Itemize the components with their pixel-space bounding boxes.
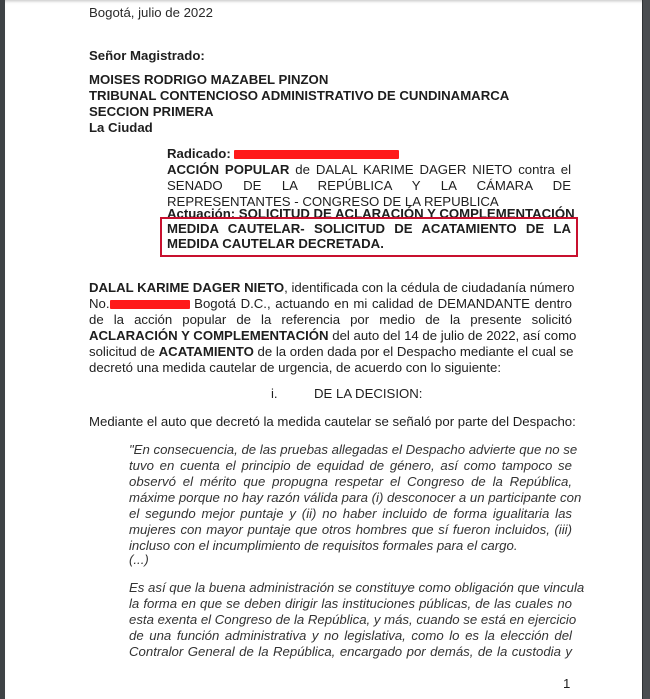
quote2-line: Es así que la buena administración se co… <box>129 580 572 596</box>
accion-text-1: de DALAL KARIME DAGER NIETO contra el <box>289 162 571 177</box>
accion-label: ACCIÓN POPULAR <box>167 162 289 177</box>
lead-sentence: Mediante el auto que decretó la medida c… <box>89 414 576 430</box>
quote1-line: incluso con el incumplimiento de requisi… <box>129 538 518 554</box>
intro-text-4: del auto del 14 de julio de 2022, así co… <box>329 328 577 343</box>
intro-line-6: decretó una medida cautelar de urgencia,… <box>89 360 501 376</box>
radicado-line: Radicado: <box>167 146 399 162</box>
document-page: Bogotá, julio de 2022 Señor Magistrado: … <box>5 0 643 699</box>
intro-line-5: solicitud de ACATAMIENTO de la orden dad… <box>89 344 572 360</box>
quote1-line: máxime porque no hay razón válida para (… <box>129 490 572 506</box>
aclaracion-bold: ACLARACIÓN Y COMPLEMENTACIÓN <box>89 328 329 343</box>
intro-line-1: DALAL KARIME DAGER NIETO, identificada c… <box>89 280 572 296</box>
section-number: i. <box>271 386 278 402</box>
section-title: DE LA DECISION: <box>314 386 422 402</box>
addressee-section: SECCION PRIMERA <box>89 104 214 120</box>
radicado-label: Radicado: <box>167 146 231 161</box>
intro-line-2: No. Bogotá D.C., actuando en mi calidad … <box>89 296 572 312</box>
quote1-line: tuvo en cuenta el principio de equidad d… <box>129 458 572 474</box>
acatamiento-bold: ACATAMIENTO <box>159 344 254 359</box>
addressee-name: MOISES RODRIGO MAZABEL PINZON <box>89 72 328 88</box>
cedula-prefix: No. <box>89 296 110 311</box>
salutation: Señor Magistrado: <box>89 48 205 64</box>
cedula-redaction <box>110 300 190 309</box>
quote2-line: esta exenta el Congreso de la República,… <box>129 612 572 628</box>
accion-line-2: SENADO DE LA REPÚBLICA Y LA CÁMARA DE <box>167 178 571 194</box>
page-number: 1 <box>563 676 570 692</box>
ellipsis: (...) <box>129 552 149 568</box>
intro-line-3: de la acción popular de la referencia po… <box>89 312 572 328</box>
intro-line-4: ACLARACIÓN Y COMPLEMENTACIÓN del auto de… <box>89 328 572 344</box>
intro-text-5a: solicitud de <box>89 344 159 359</box>
quote2-line: Contralor General de la República, encar… <box>129 644 572 660</box>
accion-line-1: ACCIÓN POPULAR de DALAL KARIME DAGER NIE… <box>167 162 571 178</box>
quote2-line: de una función administrativa y no legis… <box>129 628 572 644</box>
quote1-line: observó el mérito que propugna respetar … <box>129 474 572 490</box>
plaintiff-name: DALAL KARIME DAGER NIETO <box>89 280 284 295</box>
highlight-annotation-box <box>160 217 578 257</box>
quote2-line: la forma en que se deben dirigir las ins… <box>129 596 572 612</box>
addressee-court: TRIBUNAL CONTENCIOSO ADMINISTRATIVO DE C… <box>89 88 509 104</box>
intro-text-1: , identificada con la cédula de ciudadan… <box>284 280 574 295</box>
intro-text-5b: de la orden dada por el Despacho mediant… <box>254 344 574 359</box>
intro-text-2: Bogotá D.C., actuando en mi calidad de D… <box>190 296 572 311</box>
viewer-scrollbar[interactable] <box>642 0 650 699</box>
quote1-line: el segundo mejor puntaje y (ii) no haber… <box>129 506 572 522</box>
date-line: Bogotá, julio de 2022 <box>89 5 213 21</box>
radicado-redaction <box>234 150 399 159</box>
quote1-line: mujeres con mayor puntaje que otros homb… <box>129 522 572 538</box>
addressee-city: La Ciudad <box>89 120 153 136</box>
quote1-line: "En consecuencia, de las pruebas allegad… <box>129 442 572 458</box>
